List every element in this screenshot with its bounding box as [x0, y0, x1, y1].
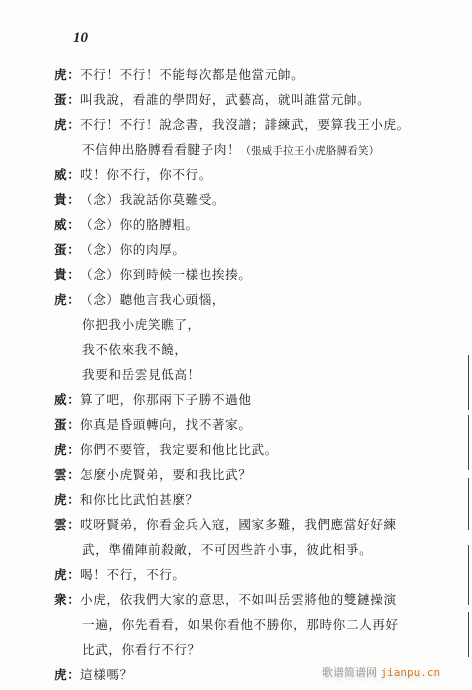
speaker-label: 蛋： — [54, 237, 80, 262]
line-text: 一遍，你先看看，如果你看他不勝你，那時你二人再好 — [82, 617, 399, 632]
dialogue-continuation-line: 不信伸出胳膊看看腱子肉！（張威手拉王小虎胳膊看笑） — [54, 137, 464, 162]
line-text: 這樣嗎？ — [80, 667, 133, 682]
verse-continuation-line: 我要和岳雲見低高！ — [54, 362, 464, 387]
speaker-label: 威： — [54, 387, 80, 412]
line-text: 哎！你不行，你不行。 — [80, 167, 212, 182]
speaker-label: 蛋： — [54, 87, 80, 112]
watermark-site-name: 歌谱简谱网 — [322, 666, 377, 679]
speaker-label: 雲： — [54, 462, 80, 487]
line-text: 你把我小虎笑瞧了， — [82, 317, 201, 332]
dialogue-line: 雲：怎麼小虎賢弟，要和我比武？ — [54, 462, 464, 487]
dialogue-line: 蛋：你真是昏頭轉向，找不著家。 — [54, 412, 464, 437]
dialogue-line: 虎：和你比比武怕甚麼？ — [54, 487, 464, 512]
page-number: 10 — [73, 30, 88, 47]
dialogue-continuation-line: 武，準備陣前殺敵，不可因些許小事，彼此相爭。 — [54, 537, 464, 562]
dialogue-line: 虎：喝！不行，不行。 — [54, 562, 464, 587]
dialogue-continuation-line: 一遍，你先看看，如果你看他不勝你，那時你二人再好 — [54, 612, 464, 637]
speaker-label: 虎： — [54, 287, 80, 312]
document-page: 10 虎：不行！不行！不能每次都是他當元帥。 蛋：叫我說，看誰的學問好，武藝高，… — [0, 0, 472, 690]
page-edge-line — [468, 415, 469, 470]
speaker-label: 威： — [54, 162, 80, 187]
dialogue-line: 雲：哎呀賢弟，你看金兵入寇，國家多難，我們應當好好練 — [54, 512, 464, 537]
speaker-label: 虎： — [54, 437, 80, 462]
line-text: 怎麼小虎賢弟，要和我比武？ — [80, 467, 252, 482]
dialogue-line: 虎：不行！不行！不能每次都是他當元帥。 — [54, 62, 464, 87]
dialogue-line: 威：算了吧，你那兩下子勝不過他 — [54, 387, 464, 412]
speaker-label: 雲： — [54, 512, 80, 537]
verse-continuation-line: 你把我小虎笑瞧了， — [54, 312, 464, 337]
speaker-label: 蛋： — [54, 412, 80, 437]
speaker-label: 虎： — [54, 662, 80, 687]
speaker-label: 衆： — [54, 587, 80, 612]
line-text: （念）你到時候一樣也挨揍。 — [80, 267, 252, 282]
line-text: （念）你的肉厚。 — [80, 242, 186, 257]
dialogue-line: 蛋：（念）你的肉厚。 — [54, 237, 464, 262]
line-text: 你真是昏頭轉向，找不著家。 — [80, 417, 252, 432]
line-text: 比武，你看行不行？ — [82, 642, 201, 657]
dialogue-body: 虎：不行！不行！不能每次都是他當元帥。 蛋：叫我說，看誰的學問好，武藝高，就叫誰… — [54, 62, 464, 687]
dialogue-continuation-line: 比武，你看行不行？ — [54, 637, 464, 662]
speaker-label: 虎： — [54, 487, 80, 512]
speaker-label: 威： — [54, 212, 80, 237]
dialogue-line: 貴：（念）你到時候一樣也挨揍。 — [54, 262, 464, 287]
line-text: 你們不要管，我定要和他比比武。 — [80, 442, 278, 457]
line-text: 和你比比武怕甚麼？ — [80, 492, 199, 507]
dialogue-line: 貴：（念）我說話你莫難受。 — [54, 187, 464, 212]
stage-direction: （張威手拉王小虎胳膊看笑） — [240, 145, 379, 157]
line-text: 不信伸出胳膊看看腱子肉！ — [82, 142, 240, 157]
watermark-domain: jianpu.cn — [381, 666, 441, 679]
line-text: 算了吧，你那兩下子勝不過他 — [80, 392, 252, 407]
line-text: （念）你的胳膊粗。 — [80, 217, 199, 232]
dialogue-line: 威：（念）你的胳膊粗。 — [54, 212, 464, 237]
dialogue-line: 衆：小虎，依我們大家的意思，不如叫岳雲將他的雙鏈操演 — [54, 587, 464, 612]
line-text: 我要和岳雲見低高！ — [82, 367, 201, 382]
line-text: 喝！不行，不行。 — [80, 567, 186, 582]
line-text: 哎呀賢弟，你看金兵入寇，國家多難，我們應當好好練 — [80, 517, 397, 532]
line-text: 叫我說，看誰的學問好，武藝高，就叫誰當元帥。 — [80, 92, 370, 107]
line-text: 我不依來我不饒， — [82, 342, 188, 357]
dialogue-line: 虎：你們不要管，我定要和他比比武。 — [54, 437, 464, 462]
page-edge-line — [468, 478, 469, 530]
line-text: 不行！不行！不能每次都是他當元帥。 — [80, 67, 304, 82]
dialogue-line: 虎：不行！不行！說念書，我沒譜；誹練武，要算我王小虎。 — [54, 112, 464, 137]
dialogue-line: 威：哎！你不行，你不行。 — [54, 162, 464, 187]
speaker-label: 貴： — [54, 187, 80, 212]
page-edge-line — [468, 612, 469, 657]
page-edge-line — [468, 355, 469, 410]
dialogue-line: 蛋：叫我說，看誰的學問好，武藝高，就叫誰當元帥。 — [54, 87, 464, 112]
speaker-label: 貴： — [54, 262, 80, 287]
line-text: （念）聽他言我心頭惱， — [80, 292, 225, 307]
speaker-label: 虎： — [54, 112, 80, 137]
line-text: 不行！不行！說念書，我沒譜；誹練武，要算我王小虎。 — [80, 117, 410, 132]
speaker-label: 虎： — [54, 62, 80, 87]
site-watermark: 歌谱简谱网 jianpu.cn — [322, 664, 440, 680]
speaker-label: 虎： — [54, 562, 80, 587]
verse-continuation-line: 我不依來我不饒， — [54, 337, 464, 362]
line-text: （念）我說話你莫難受。 — [80, 192, 225, 207]
page-edge-line — [468, 545, 469, 605]
line-text: 小虎，依我們大家的意思，不如叫岳雲將他的雙鏈操演 — [80, 592, 397, 607]
line-text: 武，準備陣前殺敵，不可因些許小事，彼此相爭。 — [82, 542, 372, 557]
dialogue-line: 虎：（念）聽他言我心頭惱， — [54, 287, 464, 312]
